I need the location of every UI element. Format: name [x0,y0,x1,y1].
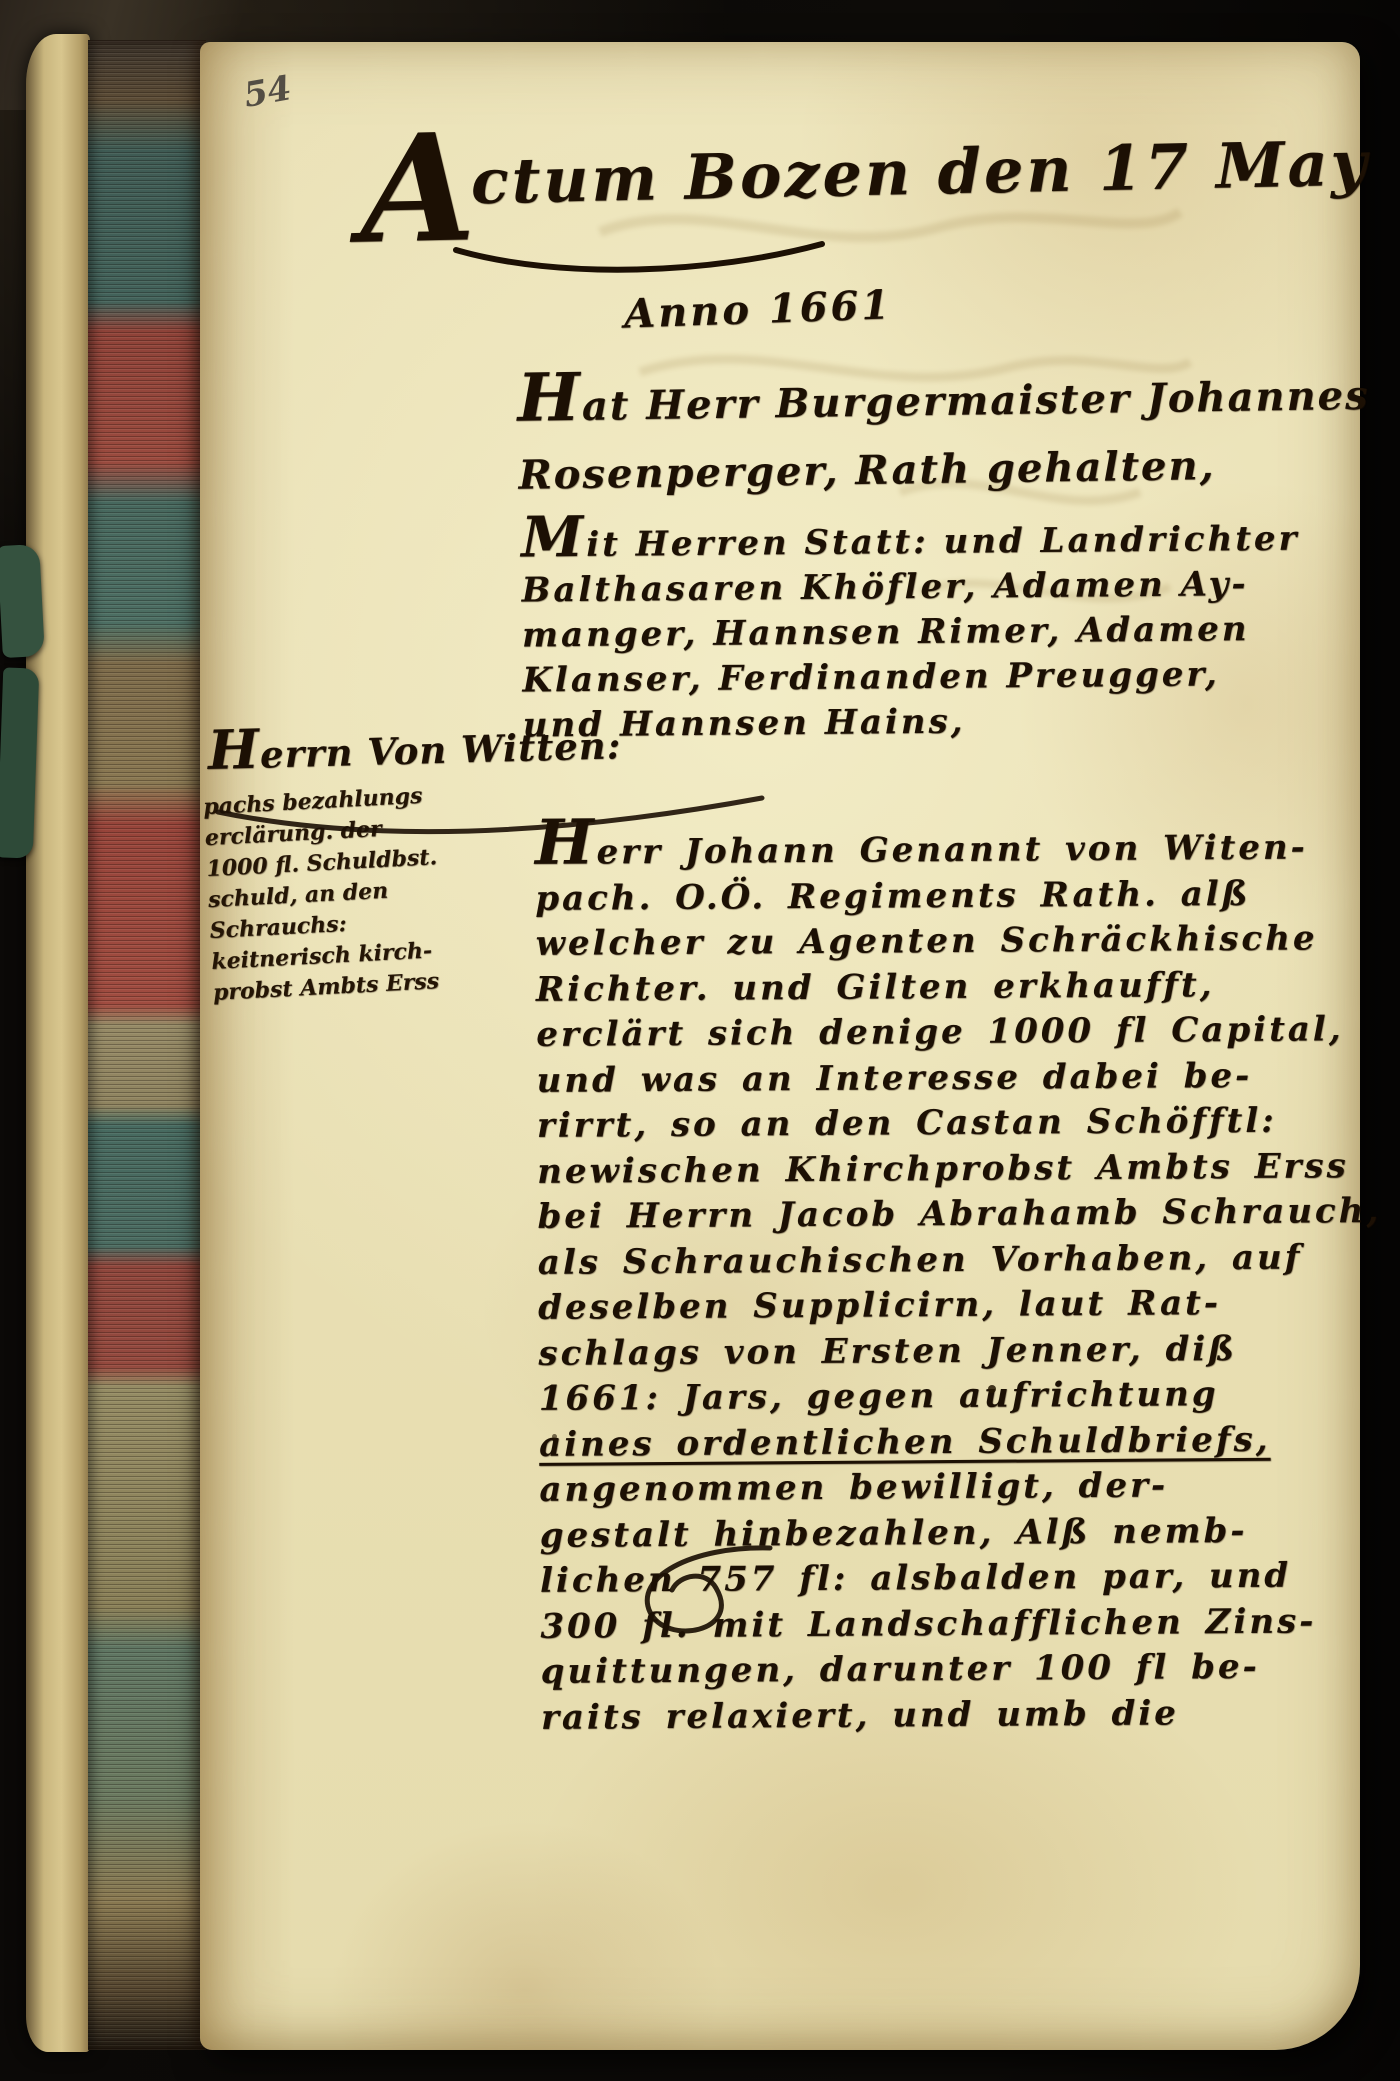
manuscript-line: Hat Herr Burgermaister Johannes [517,362,1348,442]
opening-paragraph: Hat Herr Burgermaister Johannes Rosenper… [517,362,1349,510]
manuscript-line: 1661: Jars, gegen aufrichtung [539,1371,1369,1422]
manuscript-line: als Schrauchischen Vorhaben, auf [538,1235,1368,1286]
binding-cloth-tab [0,544,45,658]
ink-speck [988,1385,996,1393]
manuscript-line: Richter. und Gilten erkhaufft, [536,962,1366,1013]
manuscript-line: Mit Herren Statt: und Landrichter [521,517,1321,569]
manuscript-line: deselben Supplicirn, laut Rat- [538,1280,1368,1331]
manuscript-page: 54 Actum Bozen den 17 May Anno 1661 Hat … [200,42,1360,2050]
main-text-block: Herr Johann Genannt von Witen- pach. O.Ö… [535,825,1371,1741]
photo-background: 54 Actum Bozen den 17 May Anno 1661 Hat … [0,0,1400,2081]
manuscript-line: und was an Interesse dabei be- [536,1053,1366,1104]
book-spine-edge [26,34,90,2052]
manuscript-line: rirrt, so an den Castan Schöfftl: [537,1098,1367,1149]
calligraphic-initial: A [358,100,472,276]
manuscript-line: erclärt sich denige 1000 fl Capital, [536,1007,1366,1058]
manuscript-line: quittungen, darunter 100 fl be- [541,1644,1371,1695]
heading-text: ctum Bozen den 17 May [470,126,1370,218]
manuscript-line: bei Herrn Jacob Abrahamb Schrauch, [537,1189,1367,1240]
ink-speck [552,1434,557,1439]
attendees-paragraph: Mit Herren Statt: und Landrichter Baltha… [521,517,1323,749]
manuscript-line: Balthasaren Khöfler, Adamen Ay- [521,562,1321,614]
manuscript-line: Herr Johann Genannt von Witen- [535,825,1365,876]
manuscript-line: aines ordentlichen Schuldbriefs, [539,1417,1369,1468]
margin-note-title: Herrn Von Witten: [207,726,518,778]
manuscript-line: gestalt hinbezahlen, Alß nemb- [540,1508,1370,1559]
folio-number: 54 [241,68,295,116]
manuscript-line: Rosenperger, Rath gehalten, [518,430,1349,510]
heading-underline-flourish [450,238,830,284]
heading-date-line: Anno 1661 [623,281,893,337]
manuscript-line: pach. O.Ö. Regiments Rath. alß [535,871,1365,922]
manuscript-line: lichen 757 fl: alsbalden par, und [540,1553,1370,1604]
manuscript-line: welcher zu Agenten Schräckhische [535,916,1365,967]
manuscript-line: raits relaxiert, und umb die [541,1690,1371,1741]
manuscript-line: 300 fl. mit Landschafflichen Zins- [540,1599,1370,1650]
manuscript-line: Klanser, Ferdinanden Preugger, [522,652,1322,704]
binding-cloth-tab [0,667,39,858]
manuscript-line: und Hannsen Hains, [523,697,1323,749]
manuscript-line: schlags von Ersten Jenner, diß [538,1326,1368,1377]
margin-note-body: pachs bezahlungs erclärung. der 1000 fl.… [203,776,524,1009]
manuscript-line: newischen Khirchprobst Ambts Erss [537,1144,1367,1195]
margin-note: Herrn Von Witten: pachs bezahlungs erclä… [208,730,518,1001]
manuscript-line: manger, Hannsen Rimer, Adamen [522,607,1322,659]
entry-heading: Actum Bozen den 17 May [359,128,1280,220]
manuscript-line: angenommen bewilligt, der- [539,1462,1369,1513]
book-block-fore-edge [88,40,206,2050]
